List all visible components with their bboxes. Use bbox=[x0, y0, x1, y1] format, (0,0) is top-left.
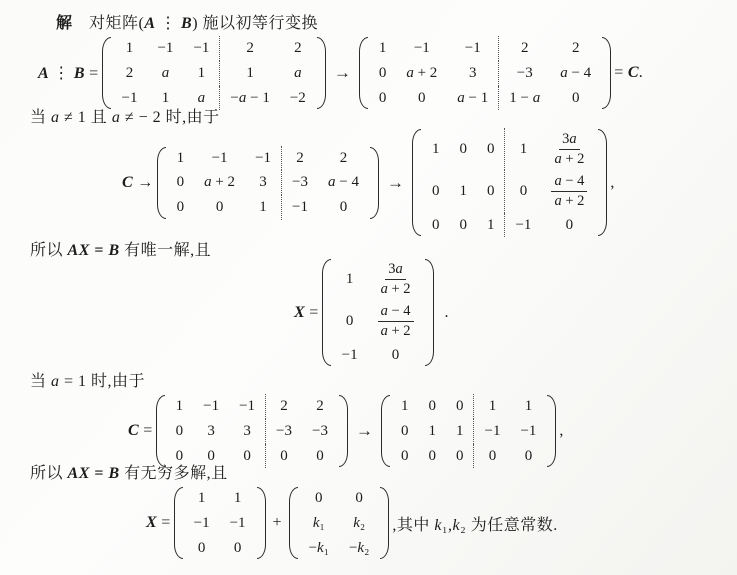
matrix-cell: 0 bbox=[266, 444, 302, 469]
matrix-cell: 0 bbox=[446, 444, 474, 469]
matrix-cell: −1 bbox=[112, 86, 148, 111]
text-segment: ,其中 bbox=[392, 517, 434, 534]
matrix-cell: 0 bbox=[418, 444, 446, 469]
matrix-row: 00 bbox=[299, 486, 380, 511]
arrow-icon: → bbox=[334, 63, 351, 83]
matrix-cell: 1 bbox=[167, 146, 195, 171]
matrix-cell: 0 bbox=[449, 128, 477, 170]
text-segment: a bbox=[51, 109, 60, 126]
matrix-cell: 1 bbox=[446, 419, 474, 444]
paren-right-icon bbox=[598, 129, 607, 236]
matrix-cell: −2 bbox=[280, 86, 316, 111]
matrix-cell: −1 bbox=[332, 343, 368, 368]
text-segment: X bbox=[146, 514, 157, 531]
text-segment: a bbox=[51, 373, 60, 390]
matrix-cell: 0 bbox=[422, 170, 450, 212]
matrix-cell: 0 bbox=[299, 486, 339, 511]
matrix-table: 10011011−1−100000 bbox=[391, 394, 546, 468]
matrix-cell: 0 bbox=[194, 195, 245, 220]
matrix-rref-a1: 10011011−1−100000 bbox=[381, 394, 556, 468]
text-segment: AX bbox=[68, 242, 90, 259]
heading-line: 解 对矩阵(A ⋮ B) 施以初等行变换 bbox=[56, 14, 318, 35]
paren-left-icon bbox=[157, 147, 166, 219]
matrix-cell: 3aa + 2 bbox=[368, 258, 424, 300]
matrix-cell: 0 bbox=[302, 444, 338, 469]
matrix-cell: 0 bbox=[167, 170, 195, 195]
eq5-lhs-label: X = bbox=[146, 514, 171, 532]
matrix-cell: 0 bbox=[505, 170, 541, 212]
matrix-cell: 1 bbox=[474, 394, 510, 419]
paren-right-icon bbox=[380, 487, 389, 559]
matrix-cell: −1 bbox=[510, 419, 546, 444]
eq1-lhs-label: A ⋮ B = bbox=[38, 63, 99, 83]
text-segment: AX bbox=[68, 465, 90, 482]
text-segment: 为任意常数. bbox=[466, 517, 558, 534]
matrix-cell: a − 4 bbox=[550, 61, 601, 86]
text-segment: 解 bbox=[56, 15, 73, 32]
text-segment: 所以 bbox=[30, 465, 68, 482]
matrix-cell: 1 bbox=[332, 258, 368, 300]
matrix-cell: 1 bbox=[112, 36, 148, 61]
text-segment: 当 bbox=[30, 373, 51, 390]
matrix-cell: 2 bbox=[499, 36, 550, 61]
text-segment: 对矩阵( bbox=[73, 15, 145, 32]
matrix-c-a1: 1−1−122033−3−300000 bbox=[156, 394, 348, 468]
text-segment: C bbox=[628, 64, 639, 81]
matrix-cell: 2 bbox=[302, 394, 338, 419]
paren-left-icon bbox=[322, 259, 331, 366]
text-segment: = bbox=[90, 465, 109, 482]
matrix-row: 011−1−1 bbox=[391, 419, 546, 444]
matrix-cell: 1 bbox=[220, 486, 256, 511]
text-segment: = bbox=[90, 242, 109, 259]
matrix-cell: −1 bbox=[396, 36, 447, 61]
matrix-cell: 0 bbox=[477, 128, 505, 170]
matrix-cell: 0 bbox=[396, 86, 447, 111]
text-segment: B bbox=[74, 65, 85, 82]
matrix-row: 00000 bbox=[391, 444, 546, 469]
matrix-cell: 1 bbox=[369, 36, 397, 61]
eq3-period: . bbox=[445, 304, 449, 322]
text-segment: k bbox=[434, 517, 442, 534]
matrix-cell: 0 bbox=[220, 536, 256, 561]
infinite-solution-line: 所以 AX = B 有无穷多解,且 bbox=[30, 464, 228, 485]
textbook-page: 解 对矩阵(A ⋮ B) 施以初等行变换 A ⋮ B = 1−1−1222a11… bbox=[0, 0, 737, 575]
text-segment: = 1 时,由于 bbox=[60, 373, 146, 390]
paren-left-icon bbox=[359, 37, 368, 109]
matrix-cell: 2 bbox=[266, 394, 302, 419]
matrix-cell: 0 bbox=[391, 444, 419, 469]
matrix-cell: −1 bbox=[220, 511, 256, 536]
matrix-cell: 1 bbox=[147, 86, 183, 111]
text-segment: , bbox=[559, 422, 563, 439]
matrix-cell: a − 1 bbox=[447, 86, 498, 111]
matrix-row: 13aa + 2 bbox=[332, 258, 424, 300]
matrix-cell: 0 bbox=[369, 86, 397, 111]
text-segment: B bbox=[181, 15, 192, 32]
text-segment: C bbox=[128, 422, 139, 439]
matrix-cell: 2 bbox=[550, 36, 601, 61]
matrix-cell: −1 bbox=[147, 36, 183, 61]
matrix-cell: −1 bbox=[194, 146, 245, 171]
matrix-cell: −3 bbox=[266, 419, 302, 444]
paren-left-icon bbox=[289, 487, 298, 559]
eq2-lhs-label: C → bbox=[122, 174, 154, 192]
matrix-cell: a bbox=[183, 86, 219, 111]
matrix-row: 1−1−122 bbox=[167, 146, 369, 171]
matrix-cell: a − 4a + 2 bbox=[541, 170, 597, 212]
paren-left-icon bbox=[412, 129, 421, 236]
paren-right-icon bbox=[317, 37, 326, 109]
matrix-cell: −1 bbox=[245, 146, 281, 171]
arrow-icon: → bbox=[356, 421, 373, 441]
matrix-table: 1−1−1220a + 23−3a − 4001−10 bbox=[167, 146, 369, 220]
matrix-cell: −1 bbox=[229, 394, 265, 419]
matrix-cell: 1 bbox=[422, 128, 450, 170]
matrix-cell: 1 bbox=[184, 486, 220, 511]
paren-right-icon bbox=[257, 487, 266, 559]
arrow-icon: → bbox=[387, 173, 404, 193]
matrix-cell: −1 bbox=[282, 195, 318, 220]
text-segment: = bbox=[85, 65, 99, 82]
matrix-cell: −1 bbox=[183, 36, 219, 61]
fraction: 3aa + 2 bbox=[554, 131, 584, 167]
matrix-cell: 3 bbox=[447, 61, 498, 86]
matrix-row: k₁k₂ bbox=[299, 511, 380, 536]
matrix-row: 0100a − 4a + 2 bbox=[422, 170, 597, 212]
paren-left-icon bbox=[381, 395, 390, 467]
text-segment: ⋮ bbox=[49, 65, 74, 82]
equation-general-x: X = 11−1−100 + 00k₁k₂−k₁−k₂ ,其中 k₁,k₂ 为任… bbox=[146, 486, 558, 560]
matrix-rref-fractions: 10013aa + 20100a − 4a + 2001−10 bbox=[412, 128, 607, 237]
equation-c-a1-reduction: C = 1−1−122033−3−300000 → 10011011−1−100… bbox=[128, 394, 564, 468]
text-segment: = bbox=[305, 304, 319, 321]
matrix-cell: −k₁ bbox=[299, 536, 339, 561]
equation-augmented-reduction: A ⋮ B = 1−1−1222a11a−11a−a − 1−2 → 1−1−1… bbox=[38, 36, 643, 110]
matrix-cell: 0 bbox=[167, 195, 195, 220]
matrix-cell: k₁ bbox=[299, 511, 339, 536]
eq4-comma: , bbox=[559, 422, 563, 440]
matrix-cell: 0 bbox=[391, 419, 419, 444]
matrix-row: 10011 bbox=[391, 394, 546, 419]
matrix-cell: 3aa + 2 bbox=[541, 128, 597, 170]
matrix-row: 11 bbox=[184, 486, 256, 511]
matrix-cell: 0 bbox=[446, 394, 474, 419]
matrix-cell: a − 4 bbox=[318, 170, 369, 195]
matrix-cell: 0 bbox=[422, 213, 450, 238]
text-segment: 当 bbox=[30, 109, 51, 126]
equation-unique-x: X = 13aa + 20a − 4a + 2−10 . bbox=[294, 258, 449, 367]
text-segment: 所以 bbox=[30, 242, 68, 259]
text-segment: X bbox=[294, 304, 305, 321]
plus-sign: + bbox=[273, 514, 282, 532]
eq3-lhs-label: X = bbox=[294, 304, 319, 322]
matrix-cell: −k₂ bbox=[339, 536, 379, 561]
matrix-cell: 1 bbox=[505, 128, 541, 170]
matrix-cell: −a − 1 bbox=[220, 86, 280, 111]
eq2-comma: , bbox=[610, 174, 614, 192]
matrix-table: 1−1−122033−3−300000 bbox=[166, 394, 338, 468]
matrix-cell: 1 bbox=[245, 195, 281, 220]
text-segment: ≠ − 2 时,由于 bbox=[120, 109, 219, 126]
paren-right-icon bbox=[547, 395, 556, 467]
matrix-cell: 0 bbox=[510, 444, 546, 469]
matrix-particular-solution: 11−1−100 bbox=[174, 486, 266, 560]
matrix-x-unique: 13aa + 20a − 4a + 2−10 bbox=[322, 258, 434, 367]
text-segment: B bbox=[108, 465, 119, 482]
matrix-cell: a + 2 bbox=[396, 61, 447, 86]
matrix-cell: 0 bbox=[369, 61, 397, 86]
matrix-cell: 1 bbox=[183, 61, 219, 86]
matrix-cell: −1 bbox=[184, 511, 220, 536]
matrix-row: 10013aa + 2 bbox=[422, 128, 597, 170]
matrix-cell: 0 bbox=[332, 300, 368, 342]
matrix-row: 00a − 11 − a0 bbox=[369, 86, 601, 111]
paren-left-icon bbox=[102, 37, 111, 109]
matrix-table: 13aa + 20a − 4a + 2−10 bbox=[332, 258, 424, 367]
fraction: a − 4a + 2 bbox=[378, 303, 414, 339]
matrix-row: 001−10 bbox=[167, 195, 369, 220]
matrix-cell: 0 bbox=[318, 195, 369, 220]
matrix-row: 033−3−3 bbox=[166, 419, 338, 444]
matrix-cell: 1 bbox=[418, 419, 446, 444]
matrix-row: 1−1−122 bbox=[112, 36, 316, 61]
matrix-cell: −1 bbox=[474, 419, 510, 444]
paren-right-icon bbox=[370, 147, 379, 219]
matrix-table: 11−1−100 bbox=[184, 486, 256, 560]
matrix-row: −1−1 bbox=[184, 511, 256, 536]
matrix-cell: 0 bbox=[474, 444, 510, 469]
matrix-cell: 0 bbox=[477, 170, 505, 212]
matrix-cell: 3 bbox=[193, 419, 229, 444]
fraction: a − 4a + 2 bbox=[551, 173, 587, 209]
matrix-cell: 0 bbox=[368, 343, 424, 368]
text-segment: A bbox=[38, 65, 49, 82]
text-segment: A bbox=[144, 15, 155, 32]
text-segment: = bbox=[139, 422, 153, 439]
text-segment: = bbox=[157, 514, 171, 531]
matrix-cell: 2 bbox=[282, 146, 318, 171]
matrix-cell: 1 bbox=[477, 213, 505, 238]
matrix-row: 00 bbox=[184, 536, 256, 561]
matrix-cell: 0 bbox=[339, 486, 379, 511]
matrix-cell: −3 bbox=[282, 170, 318, 195]
matrix-cell: −1 bbox=[193, 394, 229, 419]
matrix-row: −11a−a − 1−2 bbox=[112, 86, 316, 111]
matrix-cell: 0 bbox=[184, 536, 220, 561]
paren-right-icon bbox=[425, 259, 434, 366]
text-segment: ⋮ bbox=[156, 15, 182, 32]
matrix-cell: 1 bbox=[510, 394, 546, 419]
text-segment: . bbox=[445, 304, 449, 321]
matrix-cell: 2 bbox=[112, 61, 148, 86]
paren-right-icon bbox=[602, 37, 611, 109]
matrix-cell: 1 bbox=[391, 394, 419, 419]
matrix-cell: 1 bbox=[449, 170, 477, 212]
condition-line-2: 当 a = 1 时,由于 bbox=[30, 372, 145, 393]
matrix-cell: a − 4a + 2 bbox=[368, 300, 424, 342]
matrix-a-b: 1−1−1222a11a−11a−a − 1−2 bbox=[102, 36, 326, 110]
matrix-cell: 2 bbox=[318, 146, 369, 171]
matrix-row: −k₁−k₂ bbox=[299, 536, 380, 561]
matrix-row: 2a11a bbox=[112, 61, 316, 86]
paren-left-icon bbox=[156, 395, 165, 467]
text-segment: = bbox=[614, 64, 628, 81]
matrix-cell: k₂ bbox=[339, 511, 379, 536]
matrix-cell: 0 bbox=[229, 444, 265, 469]
matrix-cell: −3 bbox=[302, 419, 338, 444]
matrix-cell: 1 − a bbox=[499, 86, 550, 111]
matrix-table: 00k₁k₂−k₁−k₂ bbox=[299, 486, 380, 560]
matrix-cell: a bbox=[280, 61, 316, 86]
matrix-row: 0a + 23−3a − 4 bbox=[369, 61, 601, 86]
matrix-cell: 3 bbox=[245, 170, 281, 195]
matrix-cell: 1 bbox=[220, 61, 280, 86]
text-segment: 有无穷多解,且 bbox=[120, 465, 228, 482]
unique-solution-line: 所以 AX = B 有唯一解,且 bbox=[30, 241, 211, 262]
condition-line-1: 当 a ≠ 1 且 a ≠ − 2 时,由于 bbox=[30, 108, 220, 129]
matrix-cell: 2 bbox=[280, 36, 316, 61]
matrix-row: 001−10 bbox=[422, 213, 597, 238]
matrix-row: 0a − 4a + 2 bbox=[332, 300, 424, 342]
matrix-cell: 3 bbox=[229, 419, 265, 444]
text-segment: C bbox=[122, 174, 133, 191]
text-segment: . bbox=[639, 64, 643, 81]
matrix-cell: 1 bbox=[166, 394, 194, 419]
paren-left-icon bbox=[174, 487, 183, 559]
matrix-cell: −3 bbox=[499, 61, 550, 86]
matrix-table: 10013aa + 20100a − 4a + 2001−10 bbox=[422, 128, 597, 237]
equation-c-reduction: C → 1−1−1220a + 23−3a − 4001−10 → 10013a… bbox=[122, 128, 615, 237]
text-segment: → bbox=[133, 174, 154, 191]
eq4-lhs-label: C = bbox=[128, 422, 153, 440]
text-segment: 有唯一解,且 bbox=[120, 242, 212, 259]
matrix-row: 1−1−122 bbox=[166, 394, 338, 419]
text-segment: ) 施以初等行变换 bbox=[192, 15, 318, 32]
matrix-row: −10 bbox=[332, 343, 424, 368]
text-segment: ≠ 1 且 bbox=[60, 109, 112, 126]
matrix-c-step: 1−1−1220a + 23−3a − 4001−10 bbox=[157, 146, 379, 220]
matrix-cell: −1 bbox=[447, 36, 498, 61]
fraction: 3aa + 2 bbox=[381, 261, 411, 297]
matrix-cell: a bbox=[147, 61, 183, 86]
paren-right-icon bbox=[339, 395, 348, 467]
text-segment: B bbox=[108, 242, 119, 259]
matrix-row: 1−1−122 bbox=[369, 36, 601, 61]
text-segment: , bbox=[610, 174, 614, 191]
matrix-cell: −1 bbox=[505, 213, 541, 238]
matrix-homogeneous-solution: 00k₁k₂−k₁−k₂ bbox=[289, 486, 390, 560]
matrix-row: 0a + 23−3a − 4 bbox=[167, 170, 369, 195]
matrix-table: 1−1−1220a + 23−3a − 400a − 11 − a0 bbox=[369, 36, 601, 110]
matrix-reduced-c: 1−1−1220a + 23−3a − 400a − 11 − a0 bbox=[359, 36, 611, 110]
matrix-table: 1−1−1222a11a−11a−a − 1−2 bbox=[112, 36, 316, 110]
matrix-cell: 2 bbox=[220, 36, 280, 61]
matrix-cell: 0 bbox=[418, 394, 446, 419]
matrix-cell: 0 bbox=[550, 86, 601, 111]
eq5-tail-text: ,其中 k₁,k₂ 为任意常数. bbox=[392, 512, 557, 535]
matrix-cell: 0 bbox=[166, 419, 194, 444]
matrix-cell: a + 2 bbox=[194, 170, 245, 195]
matrix-cell: 0 bbox=[541, 213, 597, 238]
eq1-rhs-label: = C. bbox=[614, 64, 643, 82]
matrix-cell: 0 bbox=[449, 213, 477, 238]
text-segment: k bbox=[453, 517, 461, 534]
